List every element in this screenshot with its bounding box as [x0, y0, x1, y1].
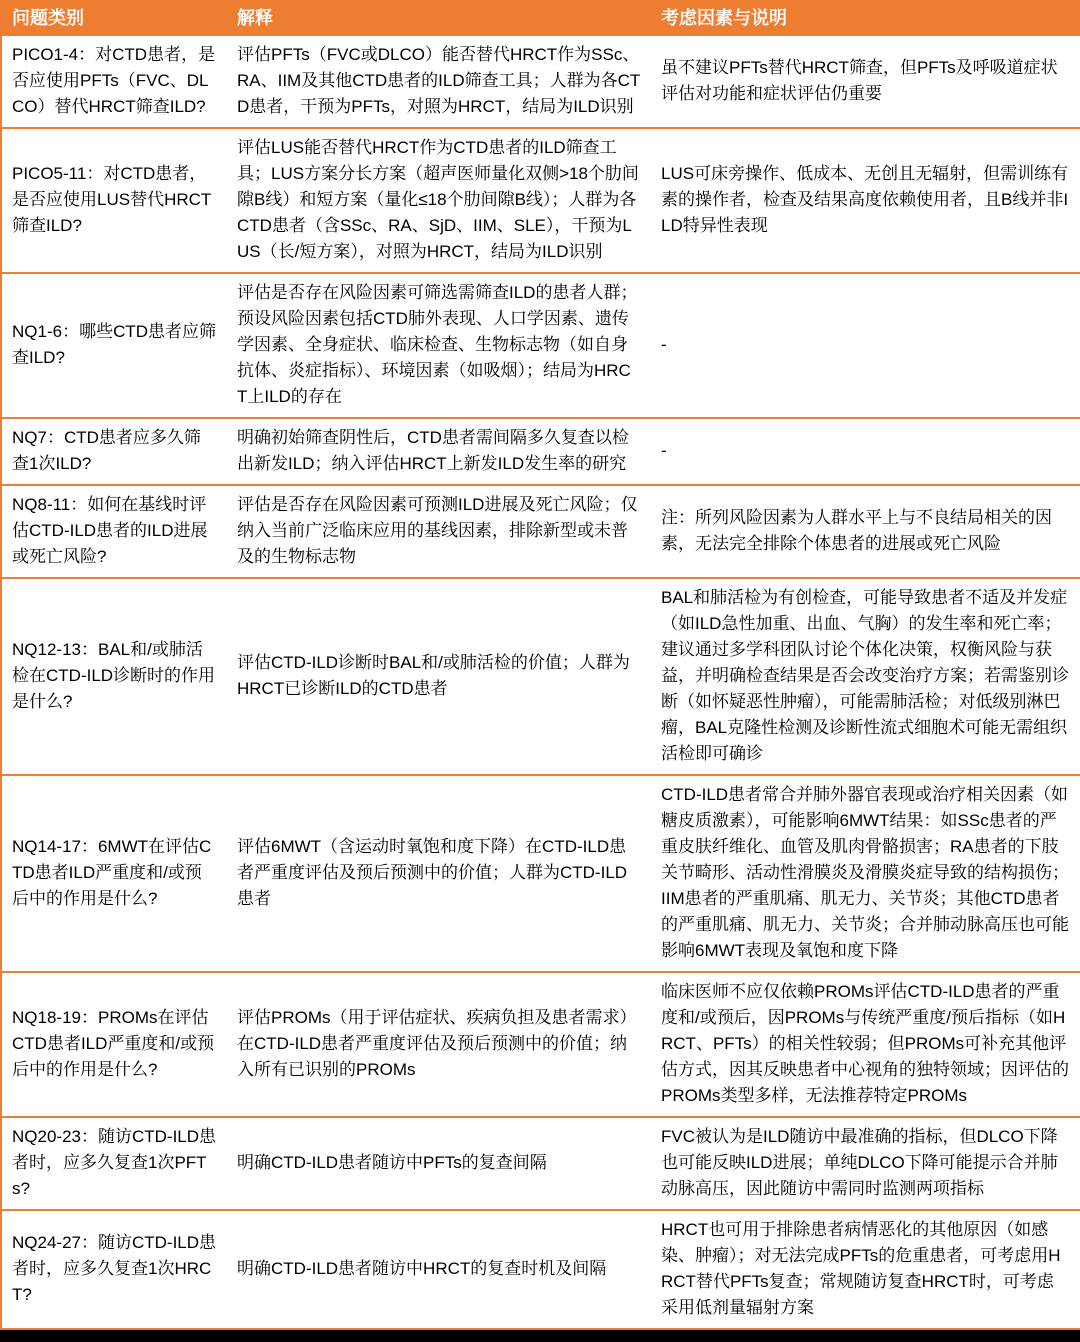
question-category-cell: NQ8-11：如何在基线时评估CTD-ILD患者的ILD进展或死亡风险?: [1, 485, 227, 578]
table-row: NQ14-17：6MWT在评估CTD患者ILD严重度和/或预后中的作用是什么?评…: [1, 775, 1080, 972]
explanation-cell: 明确CTD-ILD患者随访中PFTs的复查间隔: [227, 1117, 651, 1210]
considerations-cell: FVC被认为是ILD随访中最准确的指标，但DLCO下降也可能反映ILD进展；单纯…: [651, 1117, 1080, 1210]
considerations-cell: -: [651, 418, 1080, 485]
explanation-cell: 评估6MWT（含运动时氧饱和度下降）在CTD-ILD患者严重度评估及预后预测中的…: [227, 775, 651, 972]
table-row: NQ7：CTD患者应多久筛查1次ILD?明确初始筛查阴性后，CTD患者需间隔多久…: [1, 418, 1080, 485]
explanation-cell: 评估是否存在风险因素可预测ILD进展及死亡风险；仅纳入当前广泛临床应用的基线因素…: [227, 485, 651, 578]
considerations-cell: 注：所列风险因素为人群水平上与不良结局相关的因素，无法完全排除个体患者的进展或死…: [651, 485, 1080, 578]
table-row: NQ1-6：哪些CTD患者应筛查ILD?评估是否存在风险因素可筛选需筛查ILD的…: [1, 273, 1080, 418]
explanation-cell: 明确CTD-ILD患者随访中HRCT的复查时机及间隔: [227, 1210, 651, 1329]
table-body: PICO1-4：对CTD患者，是否应使用PFTs（FVC、DLCO）替代HRCT…: [1, 36, 1080, 1329]
column-header-considerations: 考虑因素与说明: [651, 0, 1080, 36]
question-category-cell: NQ24-27：随访CTD-ILD患者时，应多久复查1次HRCT?: [1, 1210, 227, 1329]
considerations-cell: BAL和肺活检为有创检查，可能导致患者不适及并发症（如ILD急性加重、出血、气胸…: [651, 578, 1080, 775]
considerations-cell: CTD-ILD患者常合并肺外器官表现或治疗相关因素（如糖皮质激素），可能影响6M…: [651, 775, 1080, 972]
question-category-cell: NQ18-19：PROMs在评估CTD患者ILD严重度和/或预后中的作用是什么?: [1, 972, 227, 1117]
table-row: NQ12-13：BAL和/或肺活检在CTD-ILD诊断时的作用是什么?评估CTD…: [1, 578, 1080, 775]
table-row: NQ18-19：PROMs在评估CTD患者ILD严重度和/或预后中的作用是什么?…: [1, 972, 1080, 1117]
explanation-cell: 评估LUS能否替代HRCT作为CTD患者的ILD筛查工具；LUS方案分长方案（超…: [227, 128, 651, 273]
table-row: NQ20-23：随访CTD-ILD患者时，应多久复查1次PFTs?明确CTD-I…: [1, 1117, 1080, 1210]
table-row: PICO5-11：对CTD患者，是否应使用LUS替代HRCT筛查ILD?评估LU…: [1, 128, 1080, 273]
considerations-cell: 临床医师不应仅依赖PROMs评估CTD-ILD患者的严重度和/或预后，因PROM…: [651, 972, 1080, 1117]
column-header-question-category: 问题类别: [1, 0, 227, 36]
considerations-cell: 虽不建议PFTs替代HRCT筛查，但PFTs及呼吸道症状评估对功能和症状评估仍重…: [651, 36, 1080, 128]
considerations-cell: HRCT也可用于排除患者病情恶化的其他原因（如感染、肿瘤）；对无法完成PFTs的…: [651, 1210, 1080, 1329]
question-category-cell: NQ1-6：哪些CTD患者应筛查ILD?: [1, 273, 227, 418]
explanation-cell: 评估PFTs（FVC或DLCO）能否替代HRCT作为SSc、RA、IIM及其他C…: [227, 36, 651, 128]
explanation-cell: 评估CTD-ILD诊断时BAL和/或肺活检的价值；人群为HRCT已诊断ILD的C…: [227, 578, 651, 775]
guideline-questions-page: 问题类别 解释 考虑因素与说明 PICO1-4：对CTD患者，是否应使用PFTs…: [0, 0, 1080, 1342]
explanation-cell: 明确初始筛查阴性后，CTD患者需间隔多久复查以检出新发ILD；纳入评估HRCT上…: [227, 418, 651, 485]
bottom-black-bar: [0, 1330, 1080, 1342]
explanation-cell: 评估是否存在风险因素可筛选需筛查ILD的患者人群；预设风险因素包括CTD肺外表现…: [227, 273, 651, 418]
table-header: 问题类别 解释 考虑因素与说明: [1, 0, 1080, 36]
considerations-cell: -: [651, 273, 1080, 418]
column-header-explanation: 解释: [227, 0, 651, 36]
header-row: 问题类别 解释 考虑因素与说明: [1, 0, 1080, 36]
considerations-cell: LUS可床旁操作、低成本、无创且无辐射，但需训练有素的操作者，检查及结果高度依赖…: [651, 128, 1080, 273]
explanation-cell: 评估PROMs（用于评估症状、疾病负担及患者需求）在CTD-ILD患者严重度评估…: [227, 972, 651, 1117]
table-row: NQ24-27：随访CTD-ILD患者时，应多久复查1次HRCT?明确CTD-I…: [1, 1210, 1080, 1329]
pico-questions-table: 问题类别 解释 考虑因素与说明 PICO1-4：对CTD患者，是否应使用PFTs…: [0, 0, 1080, 1330]
question-category-cell: PICO5-11：对CTD患者，是否应使用LUS替代HRCT筛查ILD?: [1, 128, 227, 273]
question-category-cell: NQ14-17：6MWT在评估CTD患者ILD严重度和/或预后中的作用是什么?: [1, 775, 227, 972]
table-row: PICO1-4：对CTD患者，是否应使用PFTs（FVC、DLCO）替代HRCT…: [1, 36, 1080, 128]
question-category-cell: NQ7：CTD患者应多久筛查1次ILD?: [1, 418, 227, 485]
question-category-cell: NQ12-13：BAL和/或肺活检在CTD-ILD诊断时的作用是什么?: [1, 578, 227, 775]
question-category-cell: NQ20-23：随访CTD-ILD患者时，应多久复查1次PFTs?: [1, 1117, 227, 1210]
question-category-cell: PICO1-4：对CTD患者，是否应使用PFTs（FVC、DLCO）替代HRCT…: [1, 36, 227, 128]
table-row: NQ8-11：如何在基线时评估CTD-ILD患者的ILD进展或死亡风险?评估是否…: [1, 485, 1080, 578]
